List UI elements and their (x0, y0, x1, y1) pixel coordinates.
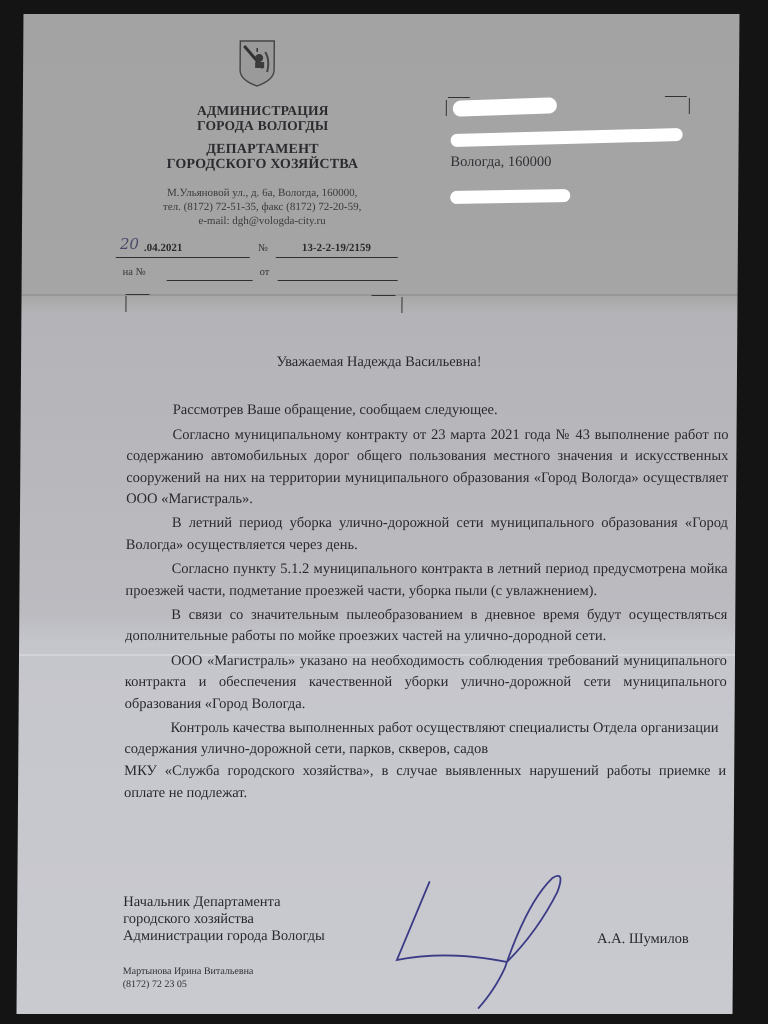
handwritten-date-day: 20 (120, 235, 139, 253)
letterhead-address: М.Ульяновой ул., д. 6а, Вологда, 160000, (132, 186, 392, 200)
signer-title: Начальник Департамента городского хозяйс… (123, 894, 325, 945)
corner-mark (665, 96, 687, 97)
org-line-2: ГОРОДА ВОЛОГДЫ (173, 118, 353, 133)
corner-mark (126, 294, 150, 295)
corner-mark (689, 98, 690, 114)
corner-mark (372, 295, 396, 296)
corner-mark (401, 297, 402, 313)
signer-title-line: Начальник Департамента (123, 894, 325, 911)
reply-to-underline (167, 280, 253, 281)
letterhead-contacts: М.Ульяновой ул., д. 6а, Вологда, 160000,… (132, 186, 392, 228)
date-underline (116, 257, 250, 258)
reply-to-label: на № (123, 267, 146, 278)
corner-mark (448, 97, 470, 98)
signer-title-line: Администрации города Вологды (123, 928, 325, 945)
redacted-recipient-extra (450, 189, 570, 204)
number-label: № (258, 243, 268, 254)
from-label: от (260, 267, 270, 278)
executor-name: Мартынова Ирина Витальевна (123, 965, 254, 978)
letter-body: Рассмотрев Ваше обращение, сообщаем след… (124, 400, 729, 804)
redacted-recipient-name (453, 97, 557, 117)
recipient-city: Вологда, 160000 (450, 154, 551, 171)
letterhead-phones: тел. (8172) 72-51-35, факс (8172) 72-20-… (132, 200, 392, 214)
corner-mark (446, 100, 447, 116)
department-name: ДЕПАРТАМЕНТ ГОРОДСКОГО ХОЗЯЙСТВА (132, 142, 392, 172)
greeting: Уважаемая Надежда Васильевна! (21, 354, 737, 371)
dept-line-1: ДЕПАРТАМЕНТ (132, 142, 392, 157)
org-name: АДМИНИСТРАЦИЯ ГОРОДА ВОЛОГДЫ (173, 103, 353, 133)
letter-number: 13-2-2-19/2159 (302, 242, 371, 254)
letter-paper: АДМИНИСТРАЦИЯ ГОРОДА ВОЛОГДЫ ДЕПАРТАМЕНТ… (17, 14, 740, 1014)
executor-info: Мартынова Ирина Витальевна (8172) 72 23 … (123, 965, 254, 991)
corner-mark (125, 296, 126, 312)
dept-line-2: ГОРОДСКОГО ХОЗЯЙСТВА (132, 157, 392, 172)
paragraph: Согласно пункту 5.1.2 муниципального кон… (125, 559, 727, 602)
paragraph: Согласно муниципальному контракту от 23 … (126, 425, 729, 511)
signer-title-line: городского хозяйства (123, 911, 325, 928)
paragraph: Контроль качества выполненных работ осущ… (124, 718, 726, 761)
paragraph: В связи со значительным пылеобразованием… (125, 605, 727, 648)
from-underline (278, 280, 398, 281)
number-underline (276, 257, 398, 258)
executor-phone: (8172) 72 23 05 (123, 978, 254, 991)
handwritten-signature-icon (387, 872, 588, 1012)
coat-of-arms-icon (237, 38, 277, 88)
letterhead-email: e-mail: dgh@vologda-city.ru (132, 214, 392, 228)
paragraph: МКУ «Служба городского хозяйства», в слу… (124, 761, 726, 804)
letter-date: .04.2021 (144, 242, 183, 254)
paragraph: В летний период уборка улично-дорожной с… (126, 513, 728, 556)
signer-name: А.А. Шумилов (597, 931, 689, 948)
paragraph: ООО «Магистраль» указано на необходимост… (125, 651, 727, 716)
paragraph: Рассмотрев Ваше обращение, сообщаем след… (127, 400, 729, 422)
org-line-1: АДМИНИСТРАЦИЯ (173, 103, 353, 118)
redacted-recipient-street (451, 128, 683, 147)
